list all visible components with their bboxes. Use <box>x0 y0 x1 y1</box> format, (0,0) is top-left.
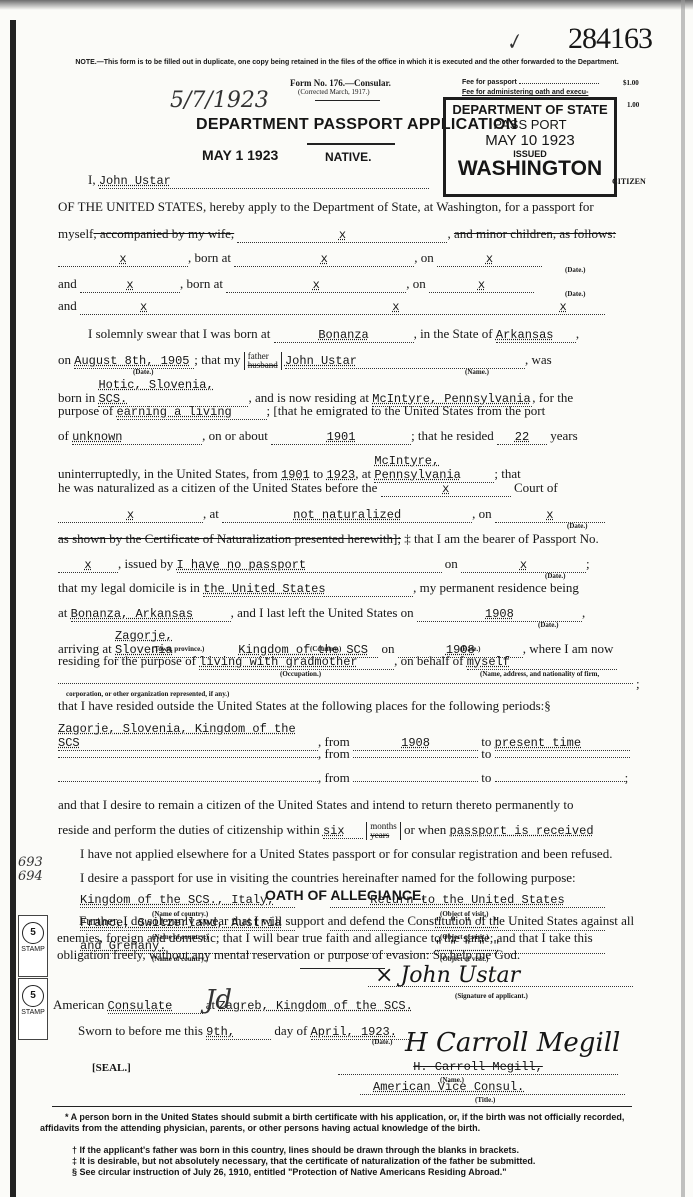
desire-text: I desire a passport for use in visiting … <box>80 870 660 886</box>
residence-from-field[interactable] <box>353 757 478 758</box>
issued-by-field[interactable]: I have no passport <box>177 558 442 573</box>
port-field[interactable]: unknown <box>72 430 202 445</box>
court-place-field[interactable]: x <box>58 508 203 523</box>
purpose-row: purpose of earning a living; [that he em… <box>58 403 638 420</box>
date-label: (Date.) <box>460 645 480 653</box>
apply-text: OF THE UNITED STATES, hereby apply to th… <box>58 199 638 215</box>
child-row-3: and xxx <box>58 298 638 315</box>
court-field[interactable]: x <box>381 482 511 497</box>
occupation-label: (Occupation.) <box>280 670 321 678</box>
margin-note: 693 694 <box>18 856 43 884</box>
title-label: (Title.) <box>475 1096 495 1104</box>
child-row-2: and x, born at x, on x <box>58 276 638 293</box>
revenue-stamp-1: 5 STAMP <box>18 915 48 977</box>
form-note: NOTE.—This form is to be filled out in d… <box>62 58 632 67</box>
consulate-row: American Consulate at Zagreb, Kingdom of… <box>53 997 633 1014</box>
subtitle-native: NATIVE. <box>325 150 371 164</box>
fee-passport-amount: $1.00 <box>623 79 639 87</box>
fee-oath-amount: 1.00 <box>627 101 639 109</box>
naturalized-date-field[interactable]: x <box>495 508 605 523</box>
residence-to-field[interactable] <box>495 757 630 758</box>
divider <box>315 100 380 101</box>
naturalization-row: he was naturalized as a citizen of the U… <box>58 480 638 497</box>
emigration-row: of unknown, on or about 1901; that he re… <box>58 428 638 445</box>
within-field[interactable]: six <box>323 824 363 839</box>
birthdate-field[interactable]: August 8th, 1905 <box>74 354 194 369</box>
official-title-field[interactable]: American Vice Consul. <box>360 1080 625 1095</box>
official-signature: H Carroll Megill <box>405 1028 620 1058</box>
received-stamp: MAY 1 1923 <box>202 147 278 163</box>
child-name-field[interactable]: x <box>80 278 180 293</box>
return-text: and that I desire to remain a citizen of… <box>58 797 638 813</box>
divider <box>300 968 385 969</box>
date-label: (Date.) <box>565 266 585 274</box>
date-label: (Date.) <box>545 572 565 580</box>
oath-title: OATH OF ALLEGIANCE. <box>265 887 425 903</box>
birth-state-field[interactable]: Arkansas <box>496 328 576 343</box>
citizen-label: CITIZEN <box>612 177 646 186</box>
birthplace-row: I solemnly swear that I was born at Bona… <box>88 326 668 343</box>
behalf-field[interactable]: myself <box>467 655 617 670</box>
child-row-3-field[interactable]: xxx <box>80 300 605 315</box>
footnote-divider <box>52 1106 632 1107</box>
sworn-day-field[interactable]: 9th, <box>206 1025 271 1040</box>
firm-label-2: corporation, or other organization repre… <box>66 690 229 698</box>
footnote-birth: * A person born in the United States sho… <box>40 1112 640 1134</box>
months-years-bracket: monthsyears <box>366 822 401 840</box>
domicile-row: that my legal domicile is in the United … <box>58 580 638 597</box>
father-name-field[interactable]: John Ustar <box>285 354 525 369</box>
footnote-father: † If the applicant's father was born in … <box>72 1145 672 1156</box>
date-label: (Date.) <box>538 621 558 629</box>
father-purpose-field[interactable]: earning a living <box>117 405 267 420</box>
naturalization-place-row: x, at not naturalized, on x <box>58 506 638 523</box>
child-name-field[interactable]: x <box>58 252 188 267</box>
return-within-row: reside and perform the duties of citizen… <box>58 822 638 840</box>
name-label: (Name.) <box>465 368 489 376</box>
fee-passport-label: Fee for passport <box>462 79 599 86</box>
child-birthdate-field[interactable]: x <box>429 278 534 293</box>
residence-to-field[interactable] <box>495 781 625 782</box>
domicile-field[interactable]: the United States <box>203 582 413 597</box>
town-label: (Town, province.) <box>152 645 204 653</box>
condition-field[interactable]: passport is received <box>450 824 594 838</box>
scan-right-edge <box>681 0 685 1197</box>
child-birthdate-field[interactable]: x <box>437 252 542 267</box>
residing-purpose-field[interactable]: living with gradmother <box>199 655 394 670</box>
oath-text: Further, I do solemnly swear that I will… <box>57 912 635 963</box>
passport-bearer-row: as shown by the Certificate of Naturaliz… <box>58 531 638 547</box>
consulate-field[interactable]: Consulate <box>108 999 203 1014</box>
residences-intro: that I have resided outside the United S… <box>58 698 638 714</box>
applicant-signature: × John Ustar <box>375 963 520 988</box>
wife-field[interactable]: x <box>237 228 447 243</box>
birthplace-field[interactable]: Bonanza <box>274 328 414 343</box>
passport-application-page: 284163 ✓ NOTE.—This form is to be filled… <box>0 0 693 1197</box>
divider <box>307 143 395 145</box>
consular-initials: Jd <box>205 985 232 1015</box>
date-label: (Date.) <box>567 522 587 530</box>
revenue-stamp-2: 5 STAMP <box>18 978 48 1040</box>
sworn-date-field[interactable]: April, 1923. <box>311 1025 411 1040</box>
permanent-residence-row: at Bonanza, Arkansas, and I last left th… <box>58 605 638 622</box>
date-label: (Date.) <box>133 368 153 376</box>
consulate-place-field[interactable]: Zagreb, Kingdom of the SCS. <box>218 999 412 1013</box>
fee-oath-label: Fee for administering oath and execu- <box>462 89 588 96</box>
residence-place-field[interactable] <box>58 757 318 758</box>
child-birthplace-field[interactable]: x <box>226 278 406 293</box>
residence-period-row: uninterruptedly, in the United States, f… <box>58 454 638 483</box>
child-row-1: x, born at x, on x <box>58 250 638 267</box>
footnote-circular: § See circular instruction of July 26, 1… <box>72 1167 672 1178</box>
not-applied-text: I have not applied elsewhere for a Unite… <box>80 846 660 862</box>
permanent-residence-field[interactable]: Bonanza, Arkansas <box>71 607 231 622</box>
footnote-naturalization: ‡ It is desirable, but not absolutely ne… <box>72 1156 672 1167</box>
myself-row: myself, accompanied by my wife, x, and m… <box>58 226 638 243</box>
passport-issued-row: x, issued by I have no passport on x; <box>58 556 638 573</box>
residence-row-3: , from to ; <box>58 770 638 786</box>
residence-place-field[interactable] <box>58 781 318 782</box>
resided-at-field[interactable]: McIntyre, Pennsylvania <box>374 454 494 483</box>
form-corrected: (Corrected March, 1917.) <box>298 88 370 96</box>
emigration-year-field[interactable]: 1901 <box>271 430 411 445</box>
residing-purpose-row: residing for the purpose of living with … <box>58 653 638 670</box>
scan-top-edge <box>0 0 693 10</box>
scan-left-border <box>10 20 16 1197</box>
firm-label: (Name, address, and nationality of firm, <box>480 670 599 678</box>
seal-label: [SEAL.] <box>92 1062 131 1074</box>
residence-row-2: , from to <box>58 746 638 762</box>
date-label: (Date.) <box>565 290 585 298</box>
passport-number-field[interactable]: x <box>58 558 118 573</box>
applicant-name-field[interactable]: John Ustar <box>99 174 429 189</box>
official-name-field[interactable]: H. Carroll Megill, <box>338 1060 618 1075</box>
left-date-field[interactable]: 1908 <box>417 607 582 622</box>
country-label: (Country.) <box>310 645 341 653</box>
father-husband-bracket: fatherhusband <box>244 352 282 370</box>
firm-field[interactable] <box>58 683 633 684</box>
signature-line <box>368 986 633 987</box>
residence-from-field[interactable] <box>353 781 478 782</box>
issued-on-field[interactable]: x <box>461 558 586 573</box>
country-field[interactable]: Kingdom of the SCS., Italy, <box>80 893 295 908</box>
checkmark-icon: ✓ <box>501 28 525 56</box>
applicant-name-row: I, John Ustar <box>88 172 668 189</box>
naturalized-at-field[interactable]: not naturalized <box>222 508 472 523</box>
form-number: Form No. 176.—Consular. <box>290 78 391 88</box>
document-number: 284163 <box>568 22 652 56</box>
handwritten-date: 5/7/1923 <box>170 88 269 113</box>
years-resided-field[interactable]: 22 <box>497 430 547 445</box>
child-birthplace-field[interactable]: x <box>234 252 414 267</box>
date-label: (Date.) <box>372 1038 392 1046</box>
